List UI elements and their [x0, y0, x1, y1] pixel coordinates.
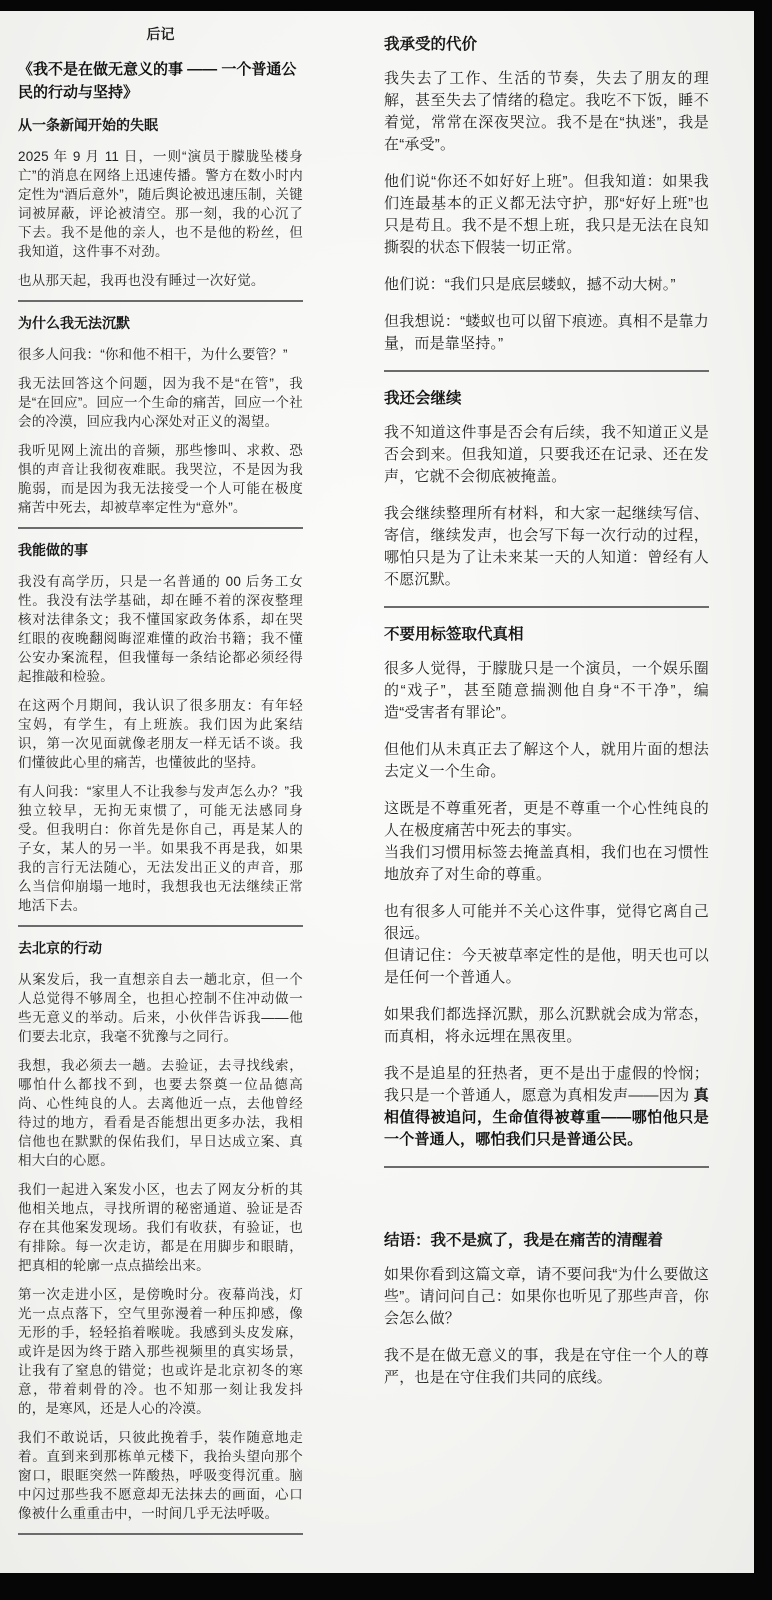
paragraph: 我不是在做无意义的事，我是在守住一个人的尊严，也是在守住我们共同的底线。	[384, 1345, 709, 1389]
paragraph: 我们一起进入案发小区，也去了网友分析的其他相关地点，寻找所谓的秘密通道、验证是否…	[18, 1180, 303, 1275]
section-insomnia: 从一条新闻开始的失眠 2025 年 9 月 11 日，一则“演员于朦胧坠楼身亡”…	[18, 116, 303, 302]
paragraph: 也有很多人可能并不关心这件事，觉得它离自己很远。 但请记住：今天被草率定性的是他…	[384, 901, 709, 989]
paragraph: 我们不敢说话，只彼此挽着手，装作随意地走着。直到来到那栋单元楼下，我抬头望向那个…	[18, 1428, 303, 1523]
section-divider	[18, 300, 303, 302]
closing-text-normal: 我不是追星的狂热者，更不是出于虚假的怜悯；我只是一个普通人，愿意为真相发声——因…	[384, 1065, 709, 1104]
paragraph: 很多人问我：“你和他不相干，为什么要管？”	[18, 345, 303, 364]
section-price-i-bear: 我承受的代价 我失去了工作、生活的节奏，失去了朋友的理解，甚至失去了情绪的稳定。…	[384, 34, 709, 372]
paragraph: 第一次走进小区，是傍晚时分。夜幕尚浅，灯光一点点落下，空气里弥漫着一种压抑感，像…	[18, 1285, 303, 1418]
section-heading: 去北京的行动	[18, 939, 303, 958]
section-what-i-can-do: 我能做的事 我没有高学历，只是一名普通的 00 后务工女性。我没有法学基础，却在…	[18, 541, 303, 927]
left-column: 后记 《我不是在做无意义的事 —— 一个普通公民的行动与坚持》 从一条新闻开始的…	[18, 25, 303, 1536]
section-heading: 从一条新闻开始的失眠	[18, 116, 303, 135]
paragraph: 他们说：“我们只是底层蝼蚁，撼不动大树。”	[384, 274, 709, 296]
section-heading: 我承受的代价	[384, 34, 709, 56]
paragraph: 如果你看到这篇文章，请不要问我“为什么要做这些”。请问问自己：如果你也听见了那些…	[384, 1264, 709, 1330]
paragraph: 有人问我：“家里人不让我参与发声怎么办？”我独立较早，无拘无束惯了，可能无法感同…	[18, 782, 303, 915]
section-divider	[18, 527, 303, 529]
paragraph: 这既是不尊重死者，更是不尊重一个心性纯良的人在极度痛苦中死去的事实。 当我们习惯…	[384, 798, 709, 886]
paragraph: 但我想说：“蝼蚁也可以留下痕迹。真相不是靠力量，而是靠坚持。”	[384, 311, 709, 355]
postscript-label: 后记	[18, 25, 303, 44]
section-heading: 我还会继续	[384, 388, 709, 410]
document-title: 《我不是在做无意义的事 —— 一个普通公民的行动与坚持》	[18, 58, 303, 104]
paragraph: 从案发后，我一直想亲自去一趟北京，但一个人总觉得不够周全，也担心控制不住冲动做一…	[18, 970, 303, 1046]
section-divider	[384, 370, 709, 372]
paragraph: 在这两个月期间，我认识了很多朋友：有年轻宝妈，有学生，有上班族。我们因为此案结识…	[18, 696, 303, 772]
paragraph: 我想，我必须去一趟。去验证，去寻找线索，哪怕什么都找不到，也要去祭奠一位品德高尚…	[18, 1056, 303, 1170]
section-heading: 为什么我无法沉默	[18, 314, 303, 333]
paragraph: 2025 年 9 月 11 日，一则“演员于朦胧坠楼身亡”的消息在网络上迅速传播…	[18, 147, 303, 261]
section-i-will-continue: 我还会继续 我不知道这件事是否会有后续，我不知道正义是否会到来。但我知道，只要我…	[384, 388, 709, 608]
paragraph: 我没有高学历，只是一名普通的 00 后务工女性。我没有法学基础，却在睡不着的深夜…	[18, 572, 303, 686]
section-divider	[18, 925, 303, 927]
paragraph-with-emphasis: 我不是追星的狂热者，更不是出于虚假的怜悯；我只是一个普通人，愿意为真相发声——因…	[384, 1063, 709, 1151]
section-heading: 结语：我不是疯了，我是在痛苦的清醒着	[384, 1230, 709, 1252]
paragraph: 很多人觉得，于朦胧只是一个演员，一个娱乐圈的“戏子”，甚至随意揣测他自身“不干净…	[384, 658, 709, 724]
section-divider	[18, 1533, 303, 1535]
paragraph: 但他们从未真正去了解这个人，就用片面的想法去定义一个生命。	[384, 739, 709, 783]
paragraph: 如果我们都选择沉默，那么沉默就会成为常态，而真相，将永远埋在黑夜里。	[384, 1004, 709, 1048]
right-column: 我承受的代价 我失去了工作、生活的节奏，失去了朋友的理解，甚至失去了情绪的稳定。…	[384, 34, 709, 1404]
paragraph: 我无法回答这个问题，因为我不是“在管”，我是“在回应”。回应一个生命的痛苦，回应…	[18, 374, 303, 431]
section-divider	[384, 606, 709, 608]
paragraph: 我会继续整理所有材料，和大家一起继续写信、寄信，继续发声，也会写下每一次行动的过…	[384, 503, 709, 591]
paragraph: 他们说“你还不如好好上班”。但我知道：如果我们连最基本的正义都无法守护，那“好好…	[384, 171, 709, 259]
section-no-labels-over-truth: 不要用标签取代真相 很多人觉得，于朦胧只是一个演员，一个娱乐圈的“戏子”，甚至随…	[384, 624, 709, 1168]
section-divider	[384, 1166, 709, 1168]
section-heading: 不要用标签取代真相	[384, 624, 709, 646]
section-why-cant-stay-silent: 为什么我无法沉默 很多人问我：“你和他不相干，为什么要管？” 我无法回答这个问题…	[18, 314, 303, 529]
document-page: 后记 《我不是在做无意义的事 —— 一个普通公民的行动与坚持》 从一条新闻开始的…	[0, 11, 754, 1573]
paragraph: 我失去了工作、生活的节奏，失去了朋友的理解，甚至失去了情绪的稳定。我吃不下饭，睡…	[384, 68, 709, 156]
paragraph: 我不知道这件事是否会有后续，我不知道正义是否会到来。但我知道，只要我还在记录、还…	[384, 422, 709, 488]
section-beijing-action: 去北京的行动 从案发后，我一直想亲自去一趟北京，但一个人总觉得不够周全，也担心控…	[18, 939, 303, 1535]
section-conclusion: 结语：我不是疯了，我是在痛苦的清醒着 如果你看到这篇文章，请不要问我“为什么要做…	[384, 1230, 709, 1389]
paragraph: 也从那天起，我再也没有睡过一次好觉。	[18, 271, 303, 290]
section-heading: 我能做的事	[18, 541, 303, 560]
paragraph: 我听见网上流出的音频，那些惨叫、求救、恐惧的声音让我彻夜难眠。我哭泣，不是因为我…	[18, 441, 303, 517]
